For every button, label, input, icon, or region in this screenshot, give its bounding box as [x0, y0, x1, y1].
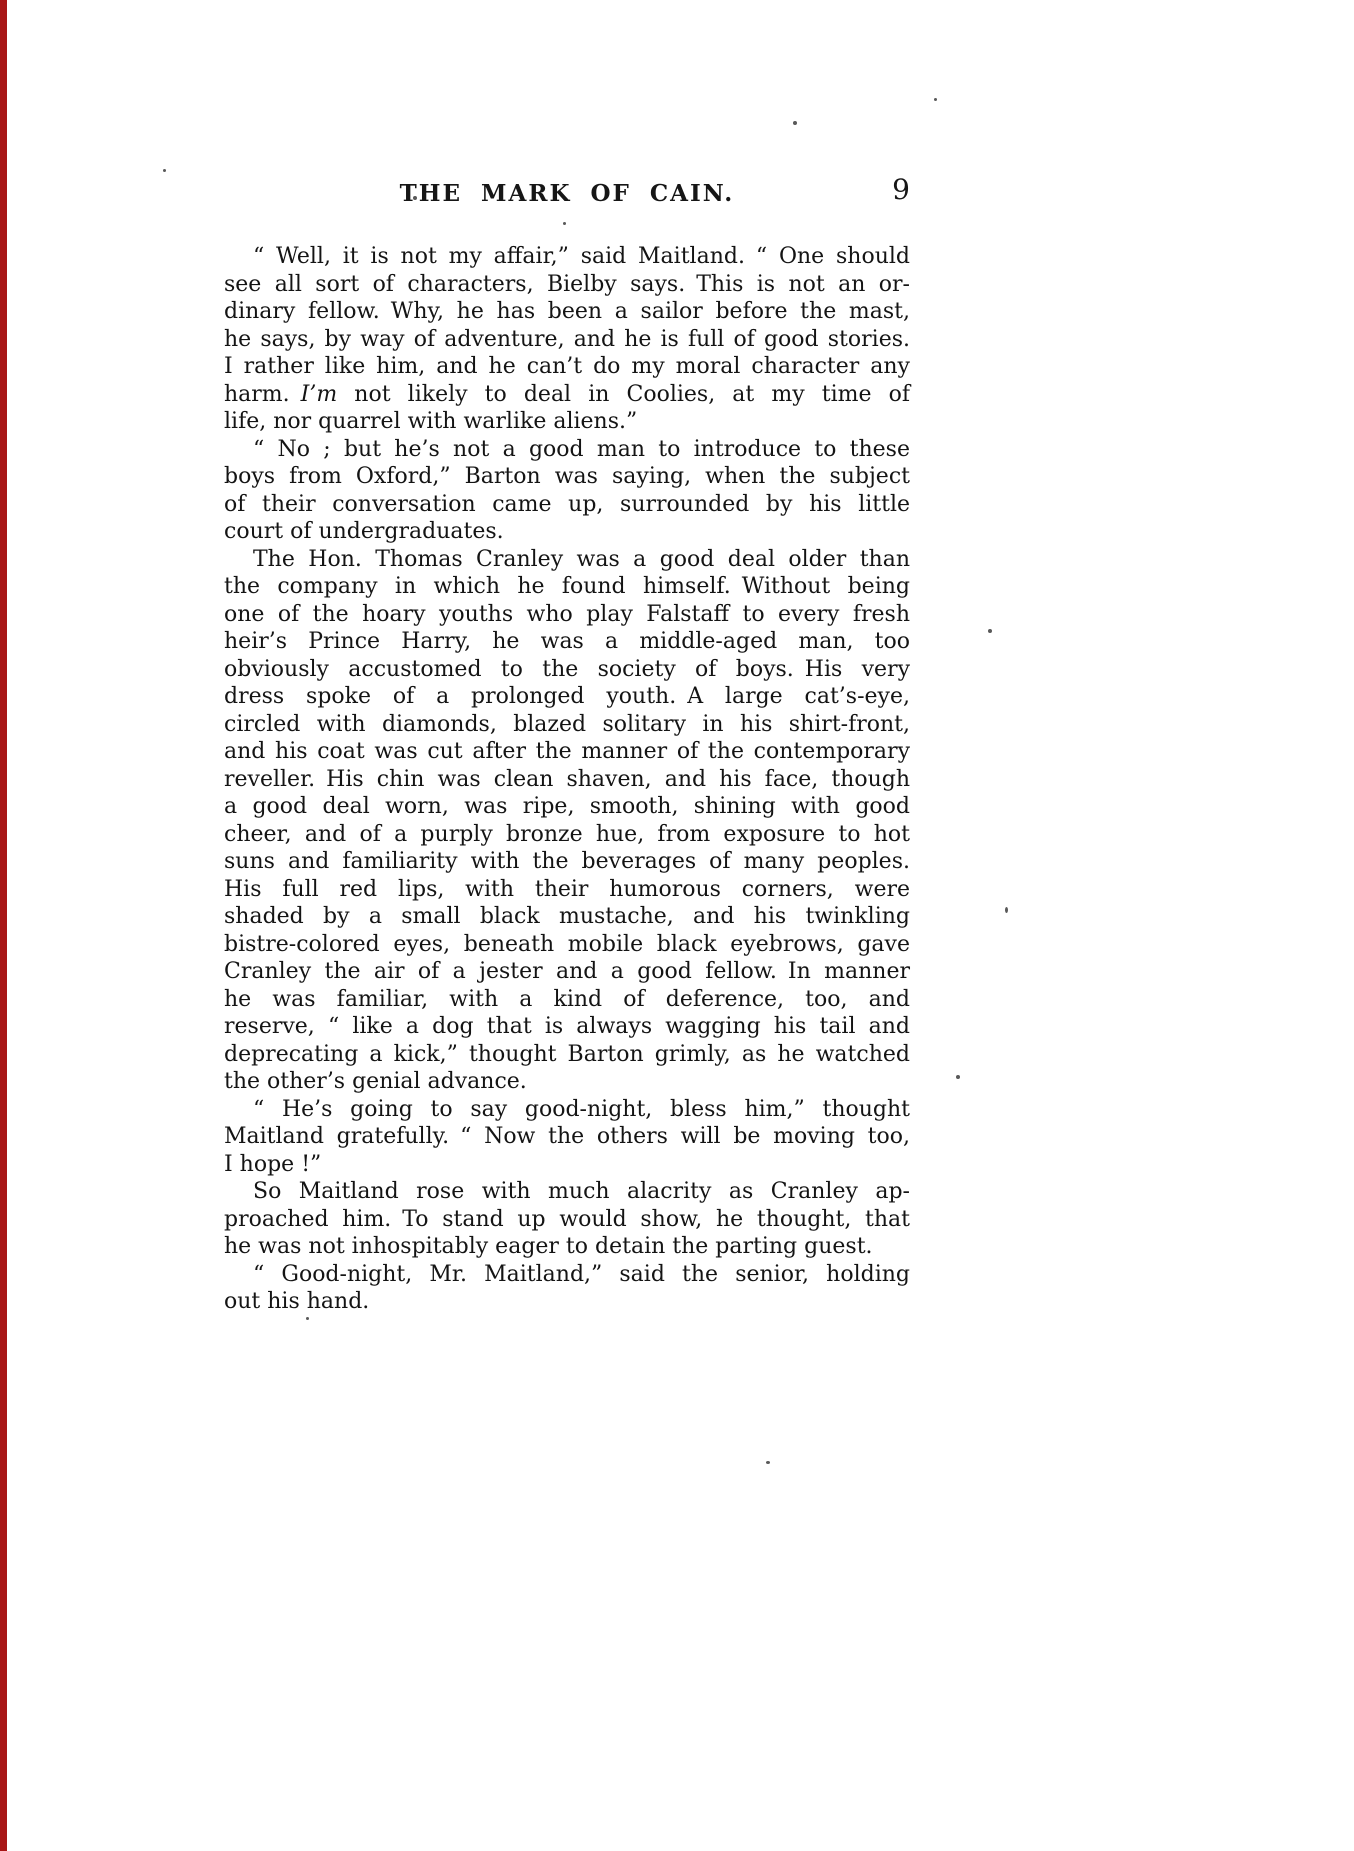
text-line: the other’s genial advance.: [224, 1068, 910, 1096]
text-line: “ Well, it is not my affair,” said Maitl…: [224, 243, 910, 271]
text-line: see all sort of characters, Bielby says.…: [224, 271, 910, 299]
page-title: THE MARK OF CAIN.: [224, 180, 910, 207]
text-line: bistre-colored eyes, beneath mobile blac…: [224, 931, 910, 959]
ink-speck: [306, 1317, 309, 1320]
text-line: harm. I’m not likely to deal in Coolies,…: [224, 381, 910, 409]
paragraph: “ No ; but he’s not a good man to introd…: [224, 436, 910, 546]
paragraph: “ Well, it is not my affair,” said Maitl…: [224, 243, 910, 436]
text-line: he says, by way of adventure, and he is …: [224, 326, 910, 354]
paragraph: “ He’s going to say good-night, bless hi…: [224, 1096, 910, 1179]
ink-speck: [1005, 907, 1008, 913]
text-block: “ Well, it is not my affair,” said Maitl…: [224, 243, 910, 1316]
paragraph: So Maitland rose with much alacrity as C…: [224, 1178, 910, 1261]
text-line: The Hon. Thomas Cranley was a good deal …: [224, 546, 910, 574]
ink-speck: [413, 196, 417, 200]
text-line: of their conversation came up, surrounde…: [224, 491, 910, 519]
text-line: So Maitland rose with much alacrity as C…: [224, 1178, 910, 1206]
text-line: he was not inhospitably eager to detain …: [224, 1233, 910, 1261]
text-line: “ Good-night, Mr. Maitland,” said the se…: [224, 1261, 910, 1289]
text-line: “ No ; but he’s not a good man to introd…: [224, 436, 910, 464]
text-line: and his coat was cut after the manner of…: [224, 738, 910, 766]
text-line: reserve, “ like a dog that is always wag…: [224, 1013, 910, 1041]
text-line: court of undergraduates.: [224, 518, 910, 546]
text-line: life, nor quarrel with warlike aliens.”: [224, 408, 910, 436]
text-line: Maitland gratefully. “ Now the others wi…: [224, 1123, 910, 1151]
text-line: I hope !”: [224, 1151, 910, 1179]
ink-speck: [163, 169, 166, 172]
ink-speck: [934, 98, 937, 101]
text-line: deprecating a kick,” thought Barton grim…: [224, 1041, 910, 1069]
text-line: shaded by a small black mustache, and hi…: [224, 903, 910, 931]
text-line: dinary fellow. Why, he has been a sailor…: [224, 298, 910, 326]
text-line: the company in which he found himself. W…: [224, 573, 910, 601]
paragraph: “ Good-night, Mr. Maitland,” said the se…: [224, 1261, 910, 1316]
text-line: “ He’s going to say good-night, bless hi…: [224, 1096, 910, 1124]
text-line: boys from Oxford,” Barton was saying, wh…: [224, 463, 910, 491]
text-line: Cranley the air of a jester and a good f…: [224, 958, 910, 986]
ink-speck: [988, 629, 992, 633]
text-line: heir’s Prince Harry, he was a middle-age…: [224, 628, 910, 656]
text-line: he was familiar, with a kind of deferenc…: [224, 986, 910, 1014]
text-line: suns and familiarity with the beverages …: [224, 848, 910, 876]
text-line: a good deal worn, was ripe, smooth, shin…: [224, 793, 910, 821]
text-line: proached him. To stand up would show, he…: [224, 1206, 910, 1234]
text-line: I rather like him, and he can’t do my mo…: [224, 353, 910, 381]
ink-speck: [563, 222, 566, 225]
running-header: THE MARK OF CAIN. 9: [224, 180, 910, 214]
ink-speck: [766, 1461, 770, 1464]
ink-speck: [956, 1075, 960, 1079]
text-line: cheer, and of a purply bronze hue, from …: [224, 821, 910, 849]
ink-speck: [793, 121, 797, 125]
text-line: one of the hoary youths who play Falstaf…: [224, 601, 910, 629]
text-line: obviously accustomed to the society of b…: [224, 656, 910, 684]
text-line: dress spoke of a prolonged youth. A larg…: [224, 683, 910, 711]
text-line: out his hand.: [224, 1288, 910, 1316]
paragraph: The Hon. Thomas Cranley was a good deal …: [224, 546, 910, 1096]
text-line: reveller. His chin was clean shaven, and…: [224, 766, 910, 794]
book-page-scan: THE MARK OF CAIN. 9 “ Well, it is not my…: [0, 0, 1354, 1851]
text-line: His full red lips, with their humorous c…: [224, 876, 910, 904]
page-number: 9: [892, 173, 910, 206]
text-line: circled with diamonds, blazed solitary i…: [224, 711, 910, 739]
scan-edge-stripe: [0, 0, 7, 1851]
